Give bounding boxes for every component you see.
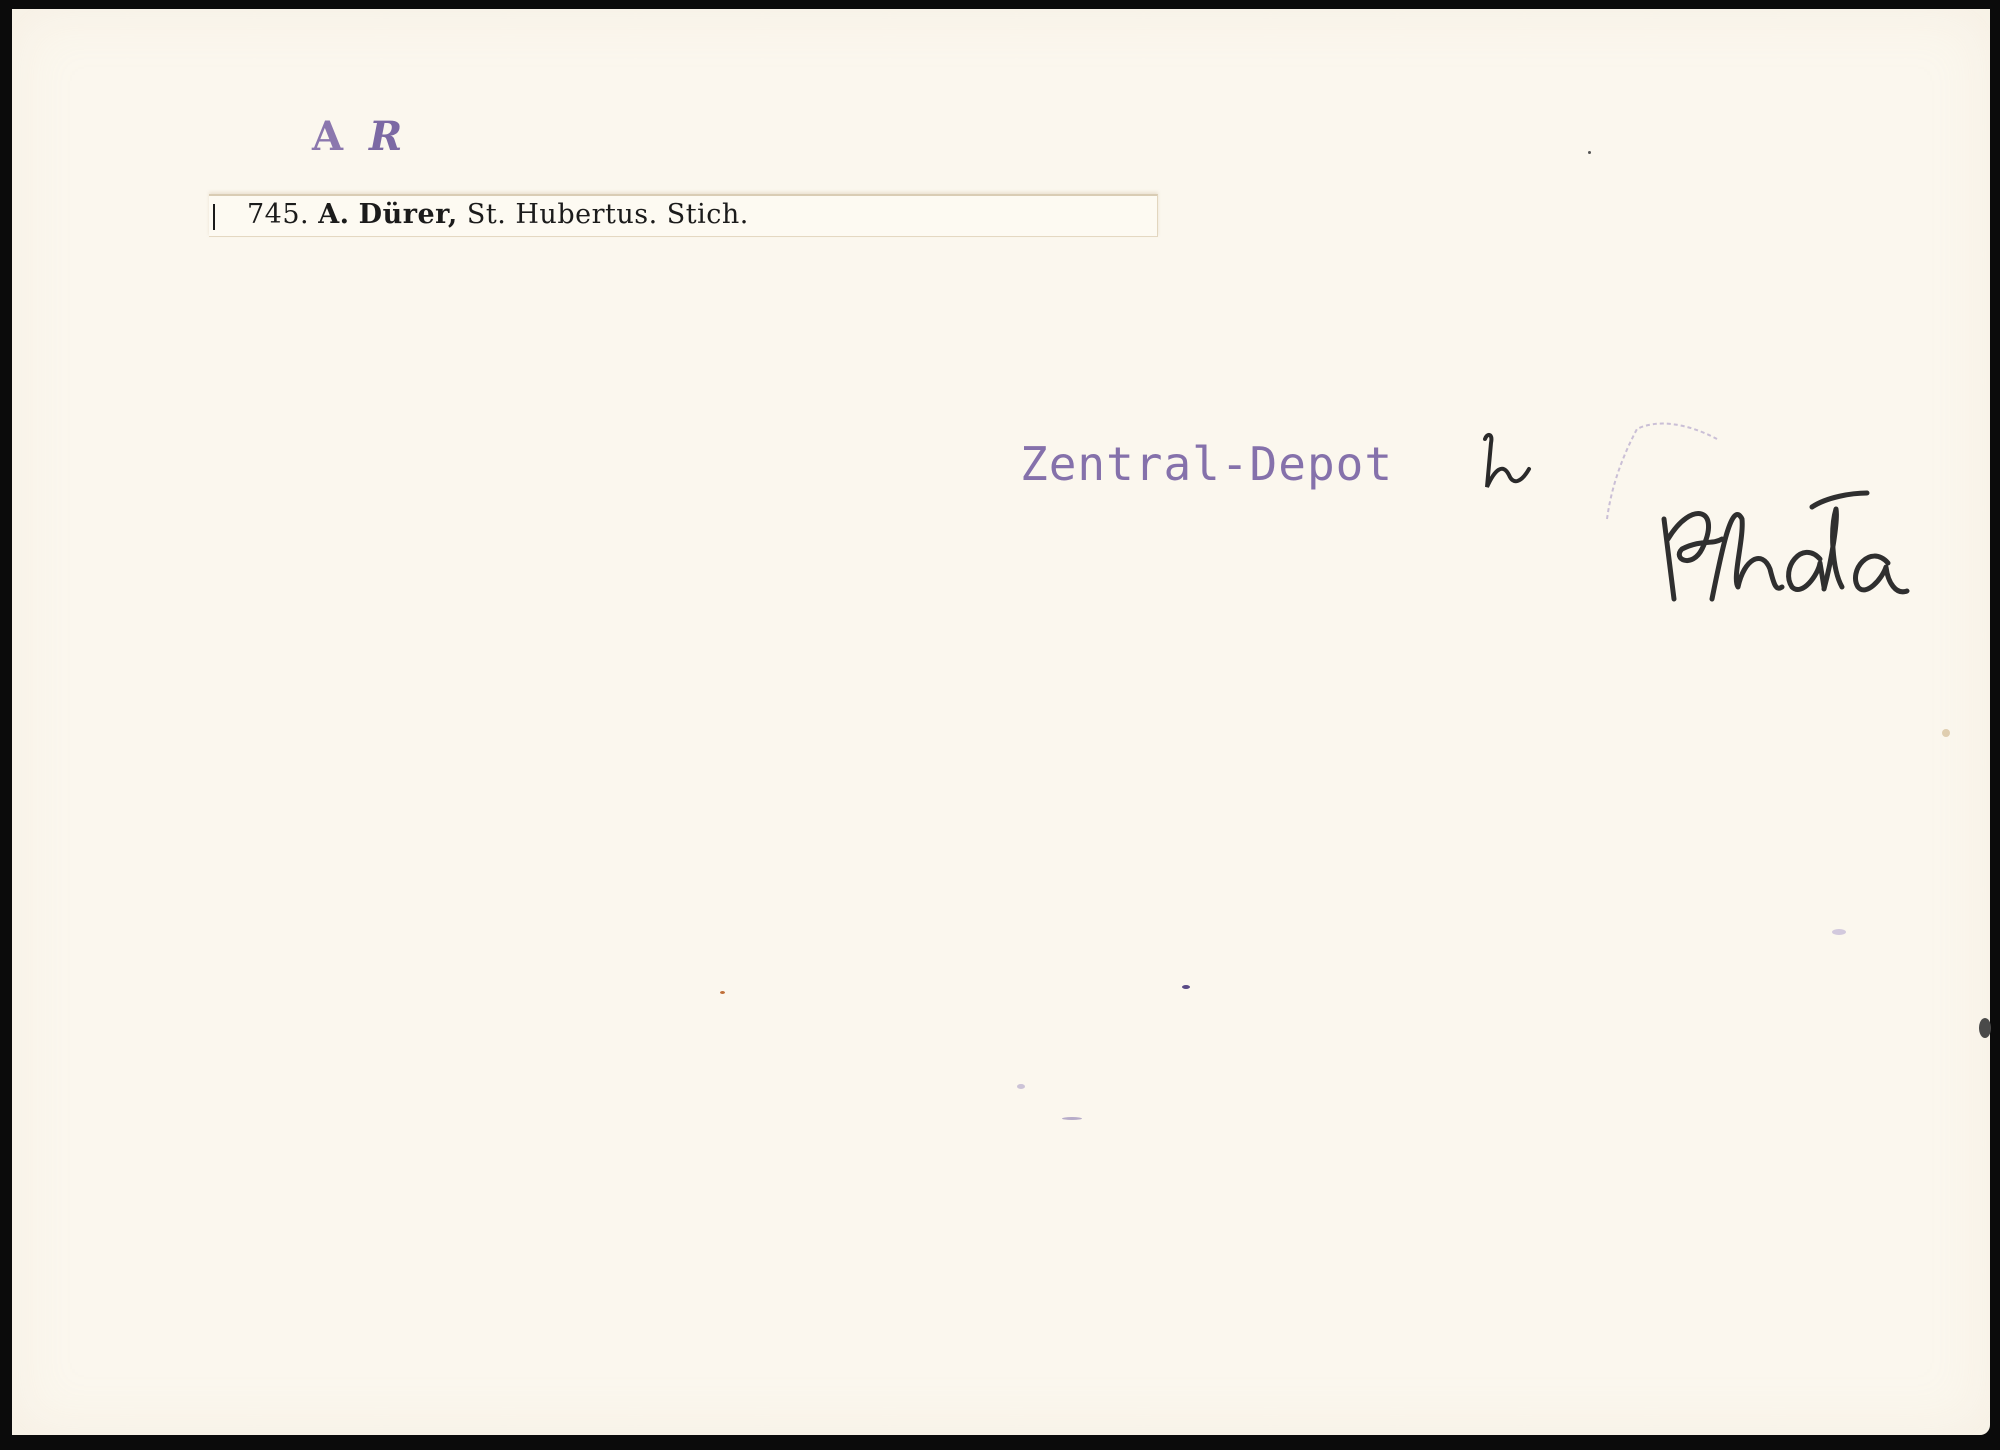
stain-spot: [1942, 729, 1950, 737]
catalog-clipping: 745. A. Dürer, St. Hubertus. Stich.: [209, 194, 1158, 237]
ink-speck: [1062, 1117, 1082, 1120]
catalog-number: 745.: [247, 199, 309, 230]
ink-speck: [1832, 929, 1846, 935]
clipping-margin-bar: [213, 204, 215, 230]
ink-speck: [1588, 151, 1591, 154]
handwritten-signature-phala: [1652, 479, 1912, 609]
ink-speck: [1017, 1084, 1025, 1089]
stamp-letter-a: A: [312, 113, 369, 160]
artwork-title: St. Hubertus.: [467, 199, 658, 230]
stamp-ar-initials: AR: [312, 113, 428, 160]
stain-spot: [720, 991, 725, 994]
artwork-medium: Stich.: [667, 199, 749, 230]
edge-ink-blot: [1979, 1018, 1991, 1038]
zentral-depot-stamp: Zentral-Depot: [1020, 437, 1393, 491]
ink-speck: [1182, 985, 1190, 989]
artist-name: Dürer,: [359, 199, 458, 230]
clipping-text: 745. A. Dürer, St. Hubertus. Stich.: [247, 199, 749, 230]
stamp-letter-r: R: [369, 113, 428, 160]
artist-initial: A.: [318, 199, 349, 230]
photo-mount-paper: AR 745. A. Dürer, St. Hubertus. Stich. Z…: [12, 9, 1990, 1435]
handwritten-mark-icon: [1477, 429, 1547, 499]
